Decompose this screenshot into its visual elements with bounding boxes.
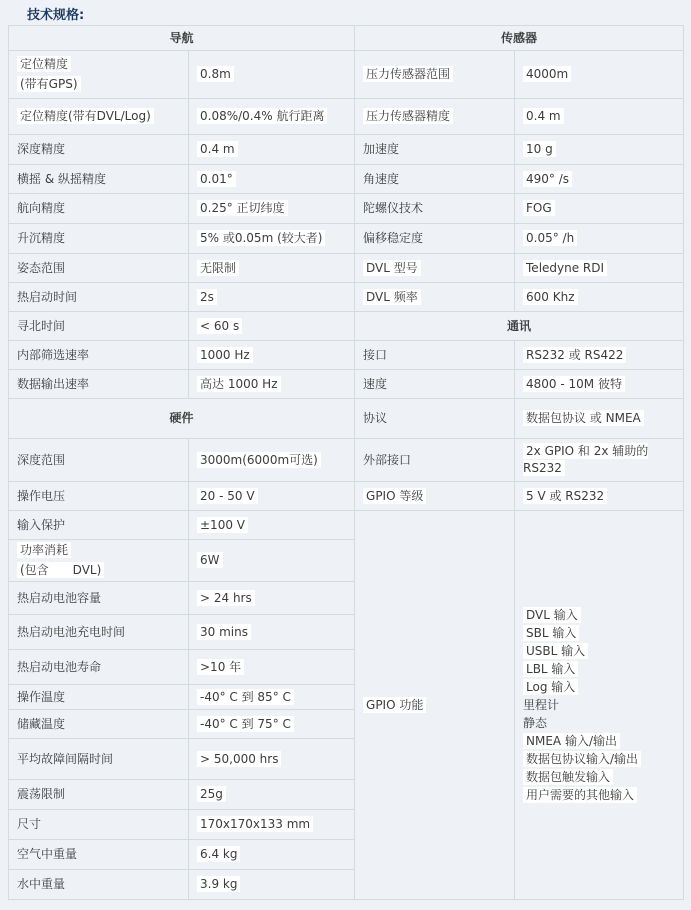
spec-value-cell: 3000m(6000m可选): [189, 439, 355, 482]
spec-label-cell: 储藏温度: [9, 710, 189, 739]
spec-row: 深度精度0.4 m加速度10 g: [9, 135, 684, 165]
spec-label-cell: 升沉精度: [9, 224, 189, 254]
page-title: 技术规格:: [27, 8, 691, 23]
spec-value-cell: 1000 Hz: [189, 341, 355, 370]
spec-value-cell: 25g: [189, 780, 355, 810]
spec-value-cell: ±100 V: [189, 511, 355, 540]
spec-value-cell: > 50,000 hrs: [189, 739, 355, 780]
spec-label-cell: 航向精度: [9, 194, 189, 224]
spec-value-cell: -40° C 到 85° C: [189, 685, 355, 710]
spec-row: 升沉精度5% 或0.05m (较大者)偏移稳定度0.05° /h: [9, 224, 684, 254]
spec-label-cell: 水中重量: [9, 870, 189, 900]
spec-label-cell: DVL 频率: [355, 283, 515, 312]
spec-value-cell: 高达 1000 Hz: [189, 370, 355, 399]
section-header-cell: 通讯: [355, 312, 684, 341]
spec-value-list-cell: DVL 输入SBL 输入USBL 输入LBL 输入Log 输入里程计静态NMEA…: [515, 511, 684, 900]
spec-value-cell: -40° C 到 75° C: [189, 710, 355, 739]
spec-row: 横摇 & 纵摇精度0.01°角速度490° /s: [9, 165, 684, 194]
spec-label-cell: 数据输出速率: [9, 370, 189, 399]
spec-row: 定位精度(带有GPS)0.8m压力传感器范围4000m: [9, 51, 684, 99]
spec-value-cell: 4800 - 10M 彼特: [515, 370, 684, 399]
spec-row: 操作电压20 - 50 VGPIO 等级5 V 或 RS232: [9, 482, 684, 511]
spec-value-cell: 5% 或0.05m (较大者): [189, 224, 355, 254]
spec-value-cell: 0.4 m: [189, 135, 355, 165]
spec-label-cell: 热启动电池寿命: [9, 650, 189, 685]
list-item: DVL 输入: [523, 606, 675, 624]
spec-value-cell: >10 年: [189, 650, 355, 685]
spec-row: 热启动时间2sDVL 频率600 Khz: [9, 283, 684, 312]
spec-label-line2: (带有GPS): [17, 76, 180, 93]
spec-row: 定位精度(带有DVL/Log)0.08%/0.4% 航行距离压力传感器精度0.4…: [9, 99, 684, 135]
spec-label-cell: 寻北时间: [9, 312, 189, 341]
spec-row: 寻北时间< 60 s通讯: [9, 312, 684, 341]
spec-label-cell: 操作电压: [9, 482, 189, 511]
spec-label-cell: 热启动电池容量: [9, 582, 189, 615]
spec-value-cell: 2x GPIO 和 2x 辅助的RS232: [515, 439, 684, 482]
spec-label-cell: 功率消耗(包含 DVL): [9, 540, 189, 582]
spec-label-cell: 速度: [355, 370, 515, 399]
spec-label-cell: 输入保护: [9, 511, 189, 540]
spec-label-cell: 姿态范围: [9, 254, 189, 283]
spec-value-cell: 4000m: [515, 51, 684, 99]
list-item: Log 输入: [523, 678, 675, 696]
spec-label-line2: (包含 DVL): [17, 562, 180, 579]
spec-value-cell: < 60 s: [189, 312, 355, 341]
spec-row: 硬件协议数据包协议 或 NMEA: [9, 399, 684, 439]
spec-label-cell: 内部筛选速率: [9, 341, 189, 370]
section-header-cell: 硬件: [9, 399, 355, 439]
section-header-cell: 导航: [9, 26, 355, 51]
spec-value-cell: 数据包协议 或 NMEA: [515, 399, 684, 439]
spec-value-cell: 600 Khz: [515, 283, 684, 312]
spec-label-cell: GPIO 等级: [355, 482, 515, 511]
spec-label-cell: 定位精度(带有DVL/Log): [9, 99, 189, 135]
spec-value-cell: 0.01°: [189, 165, 355, 194]
spec-value-cell: 0.8m: [189, 51, 355, 99]
spec-value-cell: 6.4 kg: [189, 840, 355, 870]
spec-row: 姿态范围无限制DVL 型号Teledyne RDI: [9, 254, 684, 283]
spec-row: 航向精度0.25° 正切纬度陀螺仪技术FOG: [9, 194, 684, 224]
spec-label-cell: 压力传感器范围: [355, 51, 515, 99]
spec-value-cell: 5 V 或 RS232: [515, 482, 684, 511]
list-item: 静态: [523, 714, 675, 732]
spec-label-cell: GPIO 功能: [355, 511, 515, 900]
spec-value-cell: 3.9 kg: [189, 870, 355, 900]
spec-row: 内部筛选速率1000 Hz接口RS232 或 RS422: [9, 341, 684, 370]
spec-label-cell: 深度精度: [9, 135, 189, 165]
spec-label-cell: 操作温度: [9, 685, 189, 710]
spec-label-cell: DVL 型号: [355, 254, 515, 283]
spec-row: 数据输出速率高达 1000 Hz速度4800 - 10M 彼特: [9, 370, 684, 399]
list-item: USBL 输入: [523, 642, 675, 660]
spec-value-cell: 0.25° 正切纬度: [189, 194, 355, 224]
spec-value-cell: 20 - 50 V: [189, 482, 355, 511]
page: { "page": { "title": "技术规格:" }, "table":…: [0, 8, 691, 910]
spec-label-cell: 尺寸: [9, 810, 189, 840]
list-item: 里程计: [523, 696, 675, 714]
spec-label-cell: 陀螺仪技术: [355, 194, 515, 224]
spec-value-cell: RS232 或 RS422: [515, 341, 684, 370]
spec-label-cell: 定位精度(带有GPS): [9, 51, 189, 99]
spec-label-cell: 空气中重量: [9, 840, 189, 870]
spec-value-cell: 无限制: [189, 254, 355, 283]
spec-row: 输入保护±100 VGPIO 功能DVL 输入SBL 输入USBL 输入LBL …: [9, 511, 684, 540]
spec-label-cell: 平均故障间隔时间: [9, 739, 189, 780]
list-item: LBL 输入: [523, 660, 675, 678]
spec-value-cell: 170x170x133 mm: [189, 810, 355, 840]
spec-value-cell: 0.05° /h: [515, 224, 684, 254]
spec-value-cell: FOG: [515, 194, 684, 224]
spec-label-cell: 热启动时间: [9, 283, 189, 312]
spec-value-cell: > 24 hrs: [189, 582, 355, 615]
spec-label-cell: 深度范围: [9, 439, 189, 482]
spec-value-cell: 30 mins: [189, 615, 355, 650]
spec-label-cell: 压力传感器精度: [355, 99, 515, 135]
spec-value-cell: 0.08%/0.4% 航行距离: [189, 99, 355, 135]
list-item: 用户需要的其他输入: [523, 786, 675, 804]
section-header-cell: 传感器: [355, 26, 684, 51]
spec-label-cell: 接口: [355, 341, 515, 370]
spec-label-cell: 外部接口: [355, 439, 515, 482]
list-item: 数据包协议输入/输出: [523, 750, 675, 768]
spec-value-cell: 6W: [189, 540, 355, 582]
spec-label-cell: 偏移稳定度: [355, 224, 515, 254]
spec-row: 深度范围3000m(6000m可选)外部接口2x GPIO 和 2x 辅助的RS…: [9, 439, 684, 482]
list-item: NMEA 输入/输出: [523, 732, 675, 750]
spec-row: 导航传感器: [9, 26, 684, 51]
spec-label-cell: 协议: [355, 399, 515, 439]
spec-label-cell: 横摇 & 纵摇精度: [9, 165, 189, 194]
spec-value-cell: 0.4 m: [515, 99, 684, 135]
spec-table: 导航传感器定位精度(带有GPS)0.8m压力传感器范围4000m定位精度(带有D…: [8, 25, 684, 900]
spec-value-cell: 2s: [189, 283, 355, 312]
list-item: 数据包触发输入: [523, 768, 675, 786]
spec-label-cell: 震荡限制: [9, 780, 189, 810]
spec-value-cell: Teledyne RDI: [515, 254, 684, 283]
spec-label-cell: 热启动电池充电时间: [9, 615, 189, 650]
spec-value-cell: 490° /s: [515, 165, 684, 194]
spec-label-cell: 角速度: [355, 165, 515, 194]
spec-label-cell: 加速度: [355, 135, 515, 165]
list-item: SBL 输入: [523, 624, 675, 642]
spec-value-cell: 10 g: [515, 135, 684, 165]
